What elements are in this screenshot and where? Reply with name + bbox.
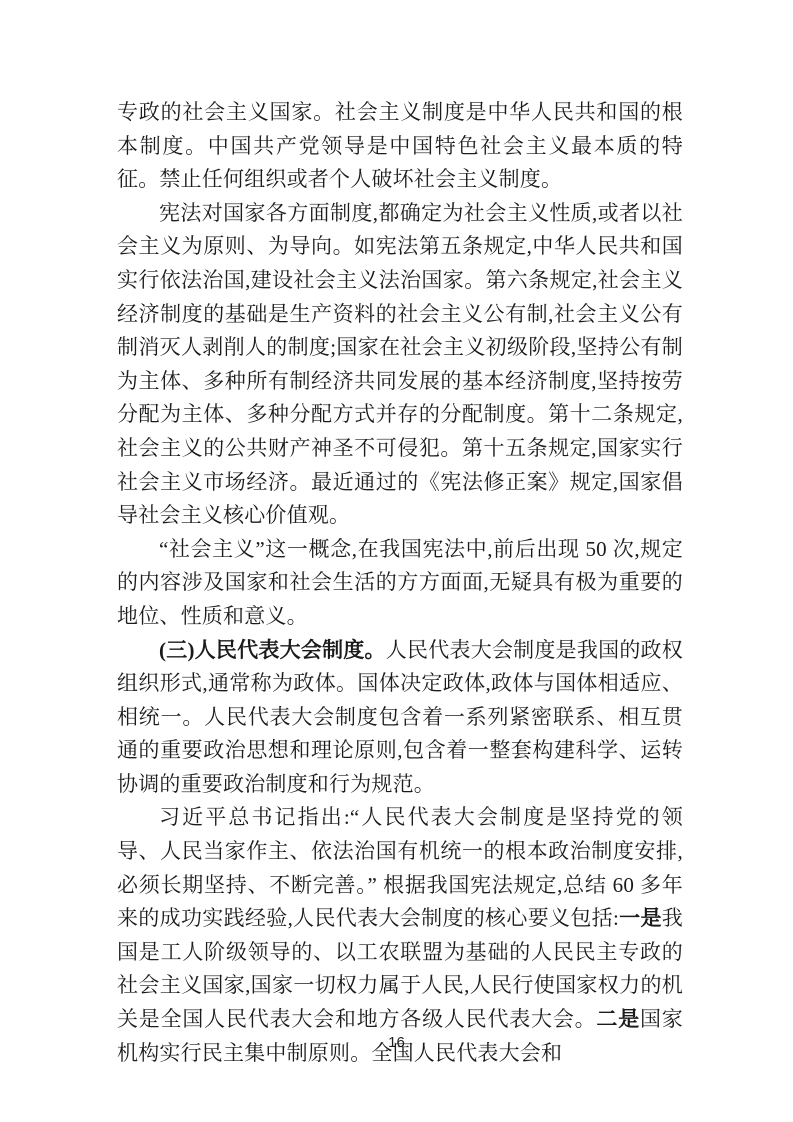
text-run: “社会主义”这一概念,在我国宪法中,前后出现 50 次,规定的内容涉及国家和社会…: [117, 537, 683, 628]
page-body-text: 专政的社会主义国家。社会主义制度是中华人民共和国的根本制度。中国共产党领导是中国…: [117, 96, 683, 1070]
text-run-bold: 一是: [619, 907, 662, 930]
paragraph: 习近平总书记指出:“人民代表大会制度是坚持党的领导、人民当家作主、依法治国有机统…: [117, 801, 683, 1070]
page-footer: 16: [0, 1034, 793, 1052]
text-run: 宪法对国家各方面制度,都确定为社会主义性质,或者以社会主义为原则、为导向。如宪法…: [117, 201, 683, 527]
document-page: 专政的社会主义国家。社会主义制度是中华人民共和国的根本制度。中国共产党领导是中国…: [0, 0, 793, 1122]
text-run-bold: 二是: [596, 1008, 640, 1031]
paragraph: “社会主义”这一概念,在我国宪法中,前后出现 50 次,规定的内容涉及国家和社会…: [117, 533, 683, 634]
paragraph: 专政的社会主义国家。社会主义制度是中华人民共和国的根本制度。中国共产党领导是中国…: [117, 96, 683, 197]
text-run: 习近平总书记指出:“人民代表大会制度是坚持党的领导、人民当家作主、依法治国有机统…: [117, 805, 683, 930]
page-number: 16: [388, 1034, 405, 1051]
text-run-heading: (三)人民代表大会制度。: [159, 638, 386, 662]
text-run: 专政的社会主义国家。社会主义制度是中华人民共和国的根本制度。中国共产党领导是中国…: [117, 100, 683, 191]
paragraph: (三)人民代表大会制度。人民代表大会制度是我国的政权组织形式,通常称为政体。国体…: [117, 634, 683, 802]
paragraph: 宪法对国家各方面制度,都确定为社会主义性质,或者以社会主义为原则、为导向。如宪法…: [117, 197, 683, 533]
